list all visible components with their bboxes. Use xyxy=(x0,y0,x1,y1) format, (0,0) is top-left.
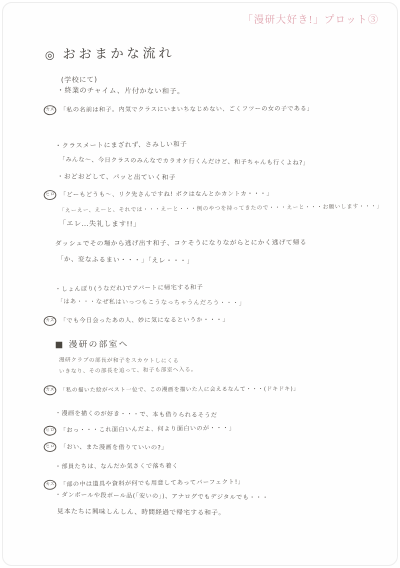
plot-line: 「みんな〜、今日クラスのみんなでカラオケ行くんだけど、和子ちゃんも行くよね?」 xyxy=(59,156,309,167)
plot-line: ・部員たちは、なんだか気さくで落ち着く xyxy=(55,463,179,471)
plot-line: 見本たちに興味しんしん、時間経過で帰宅する和子。 xyxy=(57,507,225,517)
plot-line: 「えーえー、えーと、それでは・・・えーと・・・例のやつを持ってきたので・・・えー… xyxy=(59,204,383,215)
plot-line: カズ「私の描いた絵がベスト一位で、この漫画を描いた人に会えるなんて・・・(ドキド… xyxy=(43,383,348,396)
plot-line: (学校にて) xyxy=(61,76,98,85)
page-title: 「漫研大好き!」プロット③ xyxy=(243,11,379,26)
speaker-marker: ヒロ xyxy=(44,426,57,436)
plot-line: ヒロ「おっ・・・これ面白いんだよ、何より面白いのが・・・」 xyxy=(43,423,236,437)
plot-line: カズ「でも今日会ったあの人、妙に気になるというか・・・」 xyxy=(43,315,229,327)
plot-line: カズ「私の名前は和子。内気でクラスにいまいちなじめない、ごくフツーの女の子である… xyxy=(43,103,313,115)
plot-line: ・終業のチャイム、片付かない和子。 xyxy=(57,86,185,96)
plot-line: いきなり、その部長を追って、和子も部室へ入る。 xyxy=(59,367,197,376)
plot-line: ・ダンボールや段ボール品(「安いの」)、アナログでもデジタルでも・・・ xyxy=(55,492,269,502)
speaker-marker: ヒロ xyxy=(44,442,57,452)
plot-line: ダッシュでその場から逃げ出す和子、コケそうになりながらとにかく逃げて帰る xyxy=(55,238,307,247)
plot-line: ・漫画を描くのが好き・・・で、本も借りられるそうだ xyxy=(55,410,217,420)
speaker-marker: カズ xyxy=(44,105,57,115)
section-heading: ■ 漫研の部室へ xyxy=(55,340,129,351)
speaker-marker: ヒロ xyxy=(44,190,57,200)
speaker-marker: カズ xyxy=(44,480,57,490)
plot-line: 「か、変なふるまい・・・」「えレ・・・」 xyxy=(57,255,194,265)
plot-line: ヒロ「おい、また漫画を借りていいの?」 xyxy=(43,441,168,453)
plot-line: カズ「部の中は道具や資料が何でも用意してあってパーフェクト!」 xyxy=(43,477,244,491)
plot-line: ・しょんぼり(うなだれ)でアパートに帰宅する和子 xyxy=(55,284,203,294)
plot-line: ヒロ「どーもどうも〜、リク先さんですね! ボクはなんとかカントカ・・・」 xyxy=(43,188,273,200)
outline-heading: ◎おおまかな流れ xyxy=(45,46,175,64)
speaker-marker: カズ xyxy=(44,385,57,395)
plot-line: ・おどおどして、パッと出ていく和子 xyxy=(57,172,176,181)
scanned-note-page: 「漫研大好き!」プロット③ ◎おおまかな流れ (学校にて) ・終業のチャイム、片… xyxy=(2,2,398,566)
speaker-marker: カズ xyxy=(44,316,57,326)
plot-line: ・クラスメートにまざれず、さみしい和子 xyxy=(55,140,187,150)
plot-line: 漫研クラブの部長が和子をスカウトしにくる xyxy=(59,357,179,365)
plot-line: 「はあ・・・なぜ私はいっつもこうなっちゃうんだろう・・・」 xyxy=(57,298,246,307)
circle-mark-icon: ◎ xyxy=(45,48,58,62)
outline-heading-label: おおまかな流れ xyxy=(63,46,175,62)
plot-line: 「エレ…失礼します!!」 xyxy=(59,220,141,229)
